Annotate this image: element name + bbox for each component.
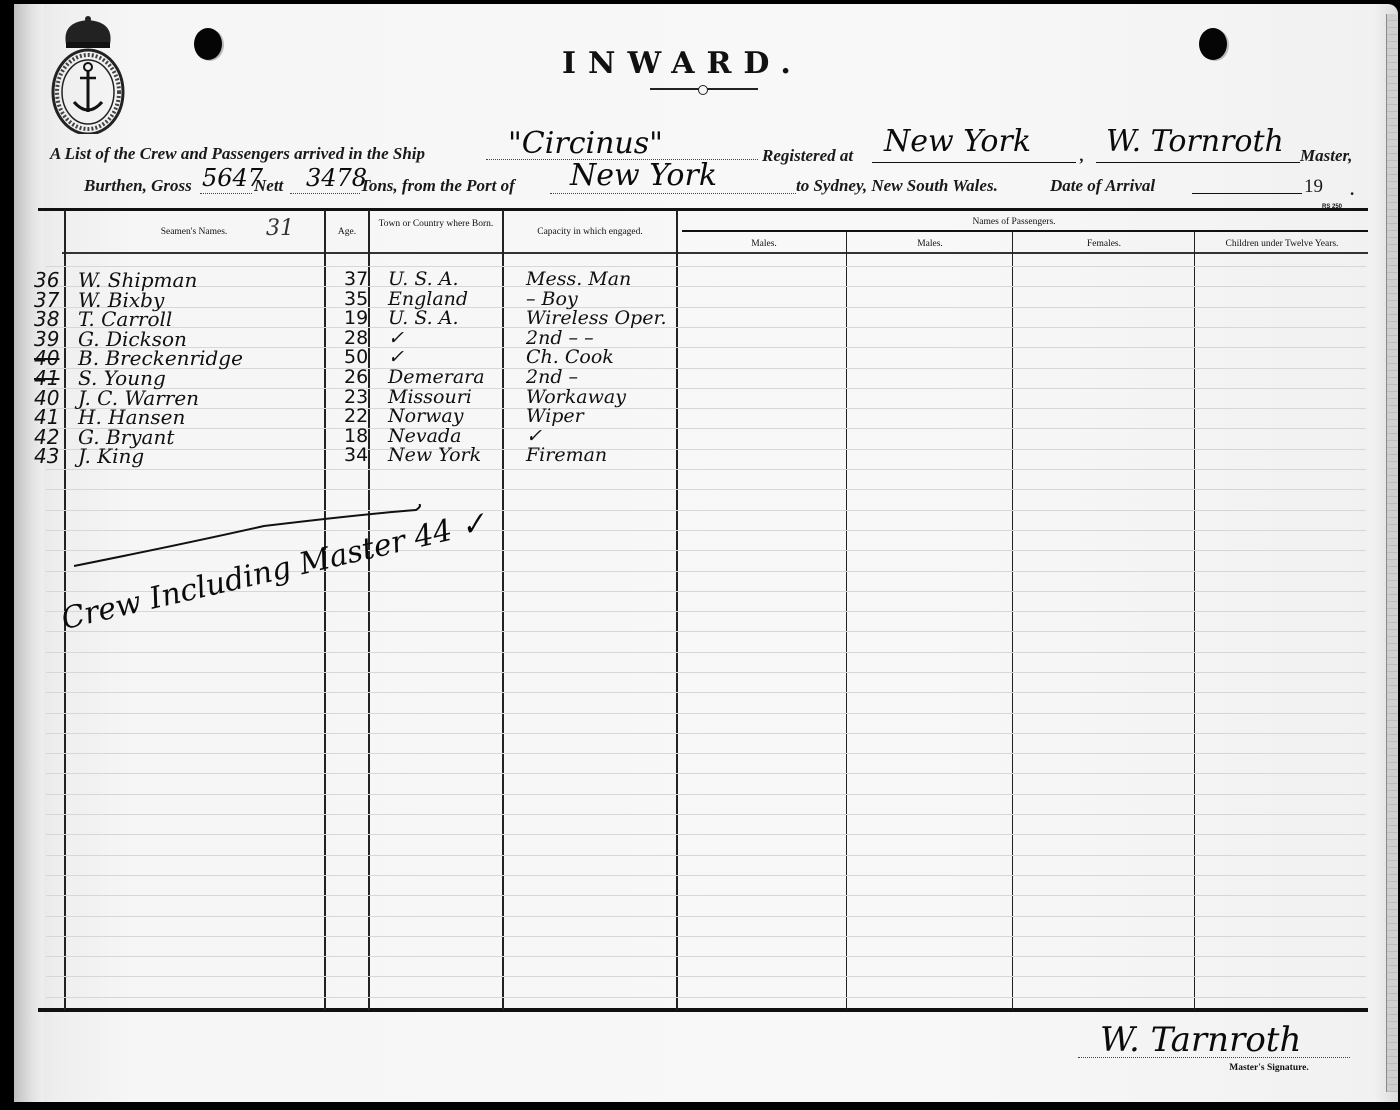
col-divider-pass-1 bbox=[846, 232, 847, 1010]
master-name-field-line bbox=[1096, 162, 1300, 163]
table-bottom-rule bbox=[38, 1008, 1368, 1012]
master-label: Master, bbox=[1300, 146, 1352, 166]
ruled-line bbox=[46, 753, 1366, 754]
col-divider-capacity-passengers bbox=[676, 210, 678, 1010]
comma: , bbox=[1080, 146, 1084, 166]
crew-age: 22 bbox=[344, 405, 368, 427]
ruled-line bbox=[46, 347, 1366, 348]
ruled-line bbox=[46, 266, 1366, 267]
ruled-line bbox=[46, 875, 1366, 876]
ruled-line bbox=[46, 469, 1366, 470]
ruled-line bbox=[46, 631, 1366, 632]
registered-at-field-line bbox=[872, 162, 1076, 163]
ruled-line bbox=[46, 368, 1366, 369]
form-title: INWARD. bbox=[562, 46, 803, 81]
crew-age: 34 bbox=[344, 444, 368, 466]
header-passengers-males-2: Males. bbox=[848, 238, 1012, 250]
crew-name: J. King bbox=[78, 444, 144, 468]
ruled-line bbox=[46, 794, 1366, 795]
arrival-date-field-line bbox=[1192, 193, 1302, 194]
registered-at-value: New York bbox=[884, 124, 1031, 159]
ruled-line bbox=[46, 773, 1366, 774]
header-born: Town or Country where Born. bbox=[374, 218, 498, 230]
col-divider-pass-2 bbox=[1012, 232, 1013, 1010]
crew-capacity: Ch. Cook bbox=[526, 346, 614, 368]
master-signature: W. Tarnroth bbox=[1100, 1020, 1301, 1060]
nett-label: Nett bbox=[254, 176, 283, 196]
nett-field-line bbox=[290, 192, 360, 194]
header-passengers-females: Females. bbox=[1014, 238, 1194, 250]
crew-birthplace: New York bbox=[388, 444, 481, 466]
crew-birthplace: U. S. A. bbox=[388, 307, 459, 329]
destination-text: to Sydney, New South Wales. bbox=[796, 176, 998, 196]
crew-age: 19 bbox=[344, 307, 368, 329]
ruled-line bbox=[46, 611, 1366, 612]
ruled-line bbox=[46, 834, 1366, 835]
crew-birthplace: U. S. A. bbox=[388, 268, 459, 290]
punch-hole-left bbox=[194, 28, 222, 60]
ruled-line bbox=[46, 692, 1366, 693]
ruled-line bbox=[46, 713, 1366, 714]
ship-name-value: "Circinus" bbox=[508, 126, 663, 161]
master-name-value: W. Tornroth bbox=[1106, 124, 1284, 159]
crew-capacity: Wiper bbox=[526, 405, 584, 427]
header-age: Age. bbox=[326, 226, 368, 238]
gross-field-line bbox=[200, 192, 252, 194]
burthen-label: Burthen, Gross bbox=[84, 176, 192, 196]
crew-capacity: Mess. Man bbox=[526, 268, 631, 290]
punch-hole-right bbox=[1199, 28, 1227, 60]
ruled-line bbox=[46, 997, 1366, 998]
ruled-line bbox=[46, 428, 1366, 429]
crew-birthplace: Norway bbox=[388, 405, 463, 427]
ruled-line bbox=[46, 936, 1366, 937]
ruled-line bbox=[46, 408, 1366, 409]
crew-capacity: Fireman bbox=[526, 444, 607, 466]
ruled-line bbox=[46, 307, 1366, 308]
header-passengers-group: Names of Passengers. bbox=[914, 216, 1114, 228]
page-right-edge bbox=[1386, 14, 1398, 1092]
passengers-subheader-rule bbox=[682, 230, 1368, 232]
ruled-line bbox=[46, 916, 1366, 917]
signature-label: Master's Signature. bbox=[1214, 1062, 1324, 1074]
ruled-line bbox=[46, 286, 1366, 287]
crew-age: 26 bbox=[344, 366, 368, 388]
ruled-line bbox=[46, 956, 1366, 957]
title-ornament-rule bbox=[650, 88, 758, 90]
crew-birthplace: ✓ bbox=[388, 346, 404, 368]
crew-number: 43 bbox=[34, 444, 59, 468]
crew-age: 50 bbox=[344, 346, 368, 368]
header-seamen-names: Seamen's Names. bbox=[134, 226, 254, 238]
arrival-label: Date of Arrival bbox=[1050, 176, 1155, 196]
ruled-line bbox=[46, 733, 1366, 734]
ruled-line bbox=[46, 652, 1366, 653]
ruled-line bbox=[46, 672, 1366, 673]
signature-line bbox=[1078, 1056, 1350, 1058]
header-bottom-rule bbox=[62, 252, 1368, 254]
table-top-rule bbox=[38, 208, 1368, 211]
ruled-line bbox=[46, 449, 1366, 450]
arrival-period: . bbox=[1350, 180, 1354, 200]
col-divider-name-age bbox=[324, 210, 326, 1010]
seamen-count-note: 31 bbox=[266, 216, 294, 241]
col-divider-pass-3 bbox=[1194, 232, 1195, 1010]
arrival-year: 19 bbox=[1304, 176, 1323, 198]
header-passengers-children: Children under Twelve Years. bbox=[1196, 238, 1368, 250]
ruled-line bbox=[46, 855, 1366, 856]
nett-tons-value: 3478 bbox=[306, 164, 367, 192]
ruled-line bbox=[46, 388, 1366, 389]
document-page: INWARD. A List of the Crew and Passenger… bbox=[14, 4, 1398, 1102]
header-passengers-males-1: Males. bbox=[682, 238, 846, 250]
crew-capacity: Wireless Oper. bbox=[526, 307, 666, 329]
col-divider-age-born bbox=[368, 210, 370, 1010]
crew-capacity: 2nd – bbox=[526, 366, 578, 388]
shipping-masters-seal-icon bbox=[50, 14, 126, 134]
header-capacity: Capacity in which engaged. bbox=[506, 226, 674, 238]
col-divider-born-capacity bbox=[502, 210, 504, 1010]
tons-from-port-label: Tons, from the Port of bbox=[360, 176, 515, 196]
page-left-edge bbox=[14, 4, 44, 1102]
ruled-line bbox=[46, 489, 1366, 490]
ruled-line bbox=[46, 976, 1366, 977]
from-port-value: New York bbox=[570, 158, 717, 193]
ruled-line bbox=[46, 814, 1366, 815]
line1-prefix: A List of the Crew and Passengers arrive… bbox=[50, 144, 425, 164]
crew-age: 37 bbox=[344, 268, 368, 290]
crew-birthplace: Demerara bbox=[388, 366, 485, 388]
ruled-line bbox=[46, 895, 1366, 896]
registered-label: Registered at bbox=[762, 146, 853, 166]
ruled-line bbox=[46, 327, 1366, 328]
